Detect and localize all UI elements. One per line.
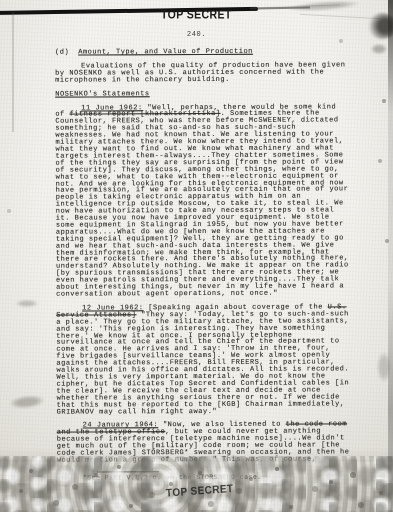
scan-noise-band [0,456,393,512]
statement-paragraph: 12 June 1962: [Speaking again about cove… [56,304,350,416]
section-heading: (d)Amount, Type, and Value of Production [55,48,349,56]
page-number: 240. [0,31,393,39]
scan-streak [300,14,380,19]
statements-heading: NOSENKO's Statements [55,90,349,98]
statement-text: . Sometimes there the Counsellor, FREERS… [55,110,348,299]
scan-edge-right [388,0,393,512]
statement-text: "They say: 'Today, let's go to such-and-… [56,310,349,416]
scanned-document-page: TOP SECRET 240. (d)Amount, Type, and Val… [0,0,393,512]
intro-paragraph: Evaluations of the quality of production… [55,62,349,84]
statement-paragraph: 11 June 1962: "Well, perhaps, there woul… [55,104,350,299]
scan-speckles [0,0,2,2]
section-heading-text: Amount, Type, and Value of Production [78,48,253,57]
scan-fold-line-left [12,12,14,132]
scan-smudge [16,300,38,307]
section-heading-label: (d) [55,49,69,57]
scan-smudge [367,13,393,39]
scan-smudge [9,394,44,409]
top-secret-stamp-top: TOP SECRET [161,8,232,21]
scan-smudge [289,0,359,12]
document-body: (d)Amount, Type, and Value of Production… [55,48,351,489]
scan-smudge [377,352,391,382]
scan-smudge [371,44,387,54]
